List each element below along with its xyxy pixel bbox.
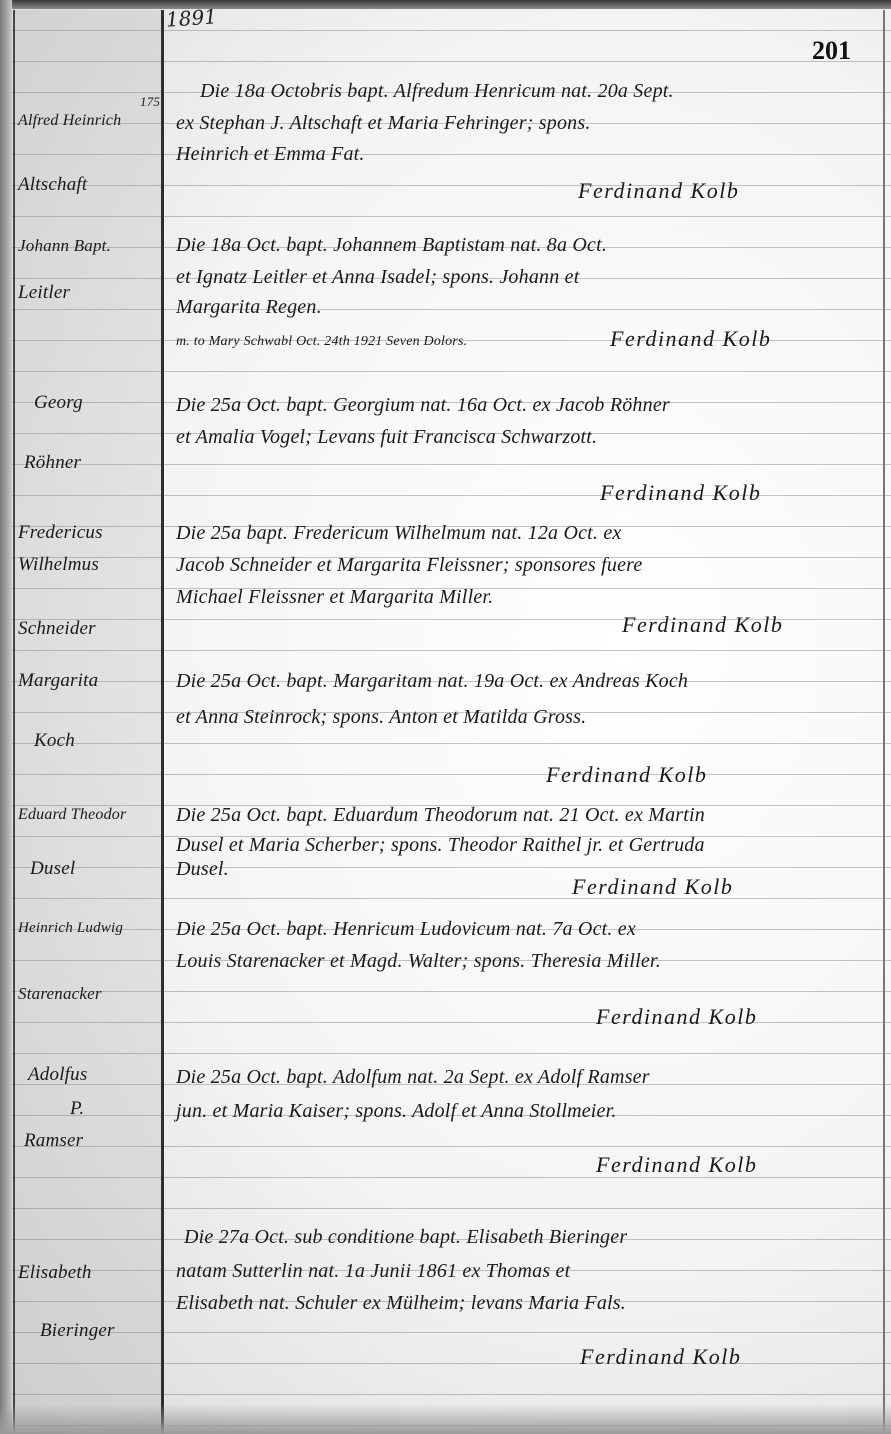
child-surname: Schneider [18, 618, 160, 640]
priest-signature: Ferdinand Kolb [546, 762, 707, 788]
scan-top-edge [0, 0, 891, 9]
child-surname: Röhner [24, 452, 166, 474]
entry-text-line: Jacob Schneider et Margarita Fleissner; … [176, 554, 642, 577]
child-surname: Koch [34, 730, 176, 752]
child-name: Georg [34, 392, 176, 414]
priest-signature: Ferdinand Kolb [580, 1344, 741, 1370]
entry-number: 175 [140, 94, 160, 110]
entry-text-line: Die 18a Octobris bapt. Alfredum Henricum… [200, 80, 674, 103]
child-middle-name: Wilhelmus [18, 554, 160, 576]
priest-signature: Ferdinand Kolb [622, 612, 783, 638]
entry-text-line: Dusel. [176, 858, 229, 881]
child-name: Alfred Heinrich [18, 112, 160, 130]
page-number: 201 [812, 36, 851, 66]
register-year: 1891 [165, 4, 217, 31]
register-page: 1891 201 175 Alfred Heinrich Altschaft D… [0, 0, 891, 1434]
scan-left-edge [0, 0, 12, 1434]
entry-text-line: jun. et Maria Kaiser; spons. Adolf et An… [176, 1100, 617, 1123]
child-surname: Starenacker [18, 984, 160, 1004]
entry-text-line: Die 25a Oct. bapt. Adolfum nat. 2a Sept.… [176, 1066, 650, 1089]
entry-text-line: et Ignatz Leitler et Anna Isadel; spons.… [176, 266, 579, 289]
child-surname: Bieringer [40, 1320, 182, 1342]
entry-text-line: Die 25a bapt. Fredericum Wilhelmum nat. … [176, 522, 621, 545]
child-surname: Altschaft [18, 174, 160, 196]
entry-text-line: Heinrich et Emma Fat. [176, 143, 365, 166]
entry-text-line: Die 25a Oct. bapt. Henricum Ludovicum na… [176, 918, 636, 941]
left-border-rule [13, 10, 15, 1434]
child-name: Eduard Theodor [18, 806, 160, 824]
child-surname: Leitler [18, 282, 160, 304]
entry-text-line: et Anna Steinrock; spons. Anton et Matil… [176, 706, 586, 729]
child-name: Johann Bapt. [18, 236, 160, 256]
margin-column [15, 10, 161, 1434]
priest-signature: Ferdinand Kolb [596, 1152, 757, 1178]
entry-text-line: Die 25a Oct. bapt. Georgium nat. 16a Oct… [176, 394, 670, 417]
priest-signature: Ferdinand Kolb [572, 874, 733, 900]
entry-text-line: Michael Fleissner et Margarita Miller. [176, 586, 493, 609]
entry-text-line: Margarita Regen. [176, 296, 322, 319]
priest-signature: Ferdinand Kolb [610, 326, 771, 352]
entry-text-line: Die 27a Oct. sub conditione bapt. Elisab… [184, 1226, 627, 1249]
child-name: Margarita [18, 670, 160, 692]
margin-divider-rule [161, 10, 164, 1434]
entry-text-line: Die 18a Oct. bapt. Johannem Baptistam na… [176, 234, 607, 257]
right-border-rule [883, 10, 885, 1434]
priest-signature: Ferdinand Kolb [600, 480, 761, 506]
child-surname: Ramser [24, 1130, 166, 1152]
entry-text-line: et Amalia Vogel; Levans fuit Francisca S… [176, 426, 597, 449]
entry-text-line: Elisabeth nat. Schuler ex Mülheim; levan… [176, 1292, 626, 1315]
entry-text-line: Die 25a Oct. bapt. Eduardum Theodorum na… [176, 804, 705, 827]
child-name: Elisabeth [18, 1262, 160, 1284]
priest-signature: Ferdinand Kolb [596, 1004, 757, 1030]
child-surname: Dusel [30, 858, 172, 880]
child-name: Fredericus [18, 522, 160, 544]
priest-signature: Ferdinand Kolb [578, 178, 739, 204]
entry-text-line: natam Sutterlin nat. 1a Junii 1861 ex Th… [176, 1260, 570, 1283]
entry-text-line: Dusel et Maria Scherber; spons. Theodor … [176, 834, 705, 857]
child-name: Heinrich Ludwig [18, 920, 160, 937]
entry-text-line: ex Stephan J. Altschaft et Maria Fehring… [176, 112, 591, 135]
child-name: Adolfus [28, 1064, 170, 1086]
entry-text-line: Die 25a Oct. bapt. Margaritam nat. 19a O… [176, 670, 688, 693]
marriage-annotation: m. to Mary Schwabl Oct. 24th 1921 Seven … [176, 334, 467, 350]
scan-bottom-edge [0, 1404, 891, 1434]
entry-text-line: Louis Starenacker et Magd. Walter; spons… [176, 950, 661, 973]
